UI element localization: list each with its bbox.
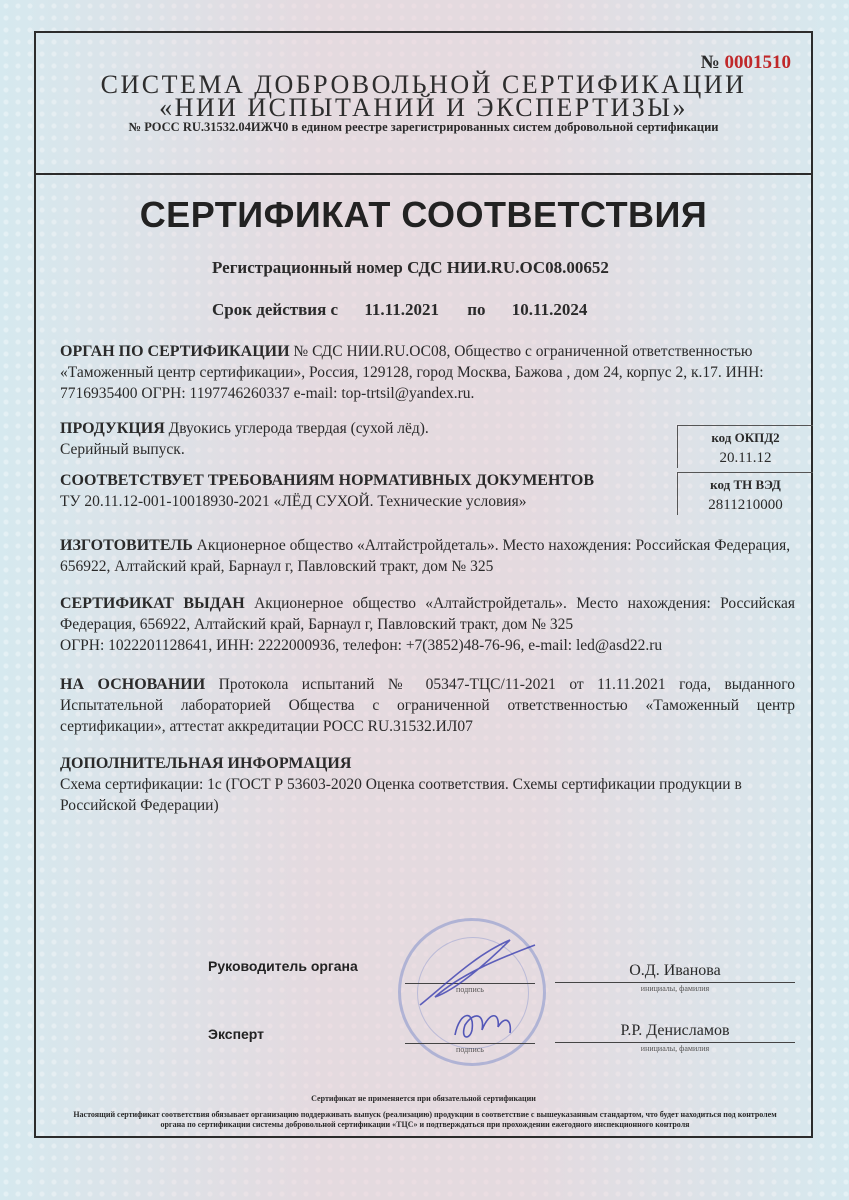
footer-note-2: Настоящий сертификат соответствия обязыв… bbox=[70, 1110, 780, 1130]
section-product: ПРОДУКЦИЯ Двуокись углерода твердая (сух… bbox=[60, 418, 660, 460]
section-manufacturer: ИЗГОТОВИТЕЛЬ Акционерное общество «Алтай… bbox=[60, 535, 795, 577]
section-text: Двуокись углерода твердая (сухой лёд). bbox=[169, 420, 429, 437]
footer-note-1: Сертификат не применяется при обязательн… bbox=[34, 1094, 813, 1103]
section-text-2: Серийный выпуск. bbox=[60, 441, 185, 458]
section-heading: НА ОСНОВАНИИ bbox=[60, 676, 205, 693]
section-text: ТУ 20.11.12-001-10018930-2021 «ЛЁД СУХОЙ… bbox=[60, 493, 526, 510]
tnved-value: 2811210000 bbox=[678, 495, 813, 515]
certificate-title: СЕРТИФИКАТ СООТВЕТСТВИЯ bbox=[34, 194, 813, 236]
section-certification-body: ОРГАН ПО СЕРТИФИКАЦИИ № СДС НИИ.RU.ОС08,… bbox=[60, 341, 795, 404]
head-name-caption: инициалы, фамилия bbox=[555, 984, 795, 993]
head-name-line bbox=[555, 982, 795, 983]
tnved-label: код ТН ВЭД bbox=[678, 475, 813, 495]
system-title-line2: «НИИ ИСПЫТАНИЙ И ЭКСПЕРТИЗЫ» bbox=[34, 93, 813, 123]
expert-name: Р.Р. Денисламов bbox=[555, 1022, 795, 1040]
section-heading: ПРОДУКЦИЯ bbox=[60, 420, 165, 437]
expert-name-caption: инициалы, фамилия bbox=[555, 1044, 795, 1053]
section-heading: ИЗГОТОВИТЕЛЬ bbox=[60, 537, 193, 554]
validity-period: Срок действия с 11.11.2021 по 10.11.2024 bbox=[212, 300, 587, 320]
section-additional-info: ДОПОЛНИТЕЛЬНАЯ ИНФОРМАЦИЯ Схема сертифик… bbox=[60, 753, 795, 816]
expert-signature bbox=[450, 1005, 520, 1045]
head-label: Руководитель органа bbox=[208, 958, 358, 974]
section-requirements: СООТВЕТСТВУЕТ ТРЕБОВАНИЯМ НОРМАТИВНЫХ ДО… bbox=[60, 470, 670, 512]
head-name: О.Д. Иванова bbox=[555, 962, 795, 980]
validity-to-label: по bbox=[467, 300, 485, 320]
section-heading: ДОПОЛНИТЕЛЬНАЯ ИНФОРМАЦИЯ bbox=[60, 755, 351, 772]
section-basis: НА ОСНОВАНИИ Протокола испытаний № 05347… bbox=[60, 674, 795, 737]
expert-signature-caption: подпись bbox=[405, 1045, 535, 1054]
registry-line: № РОСС RU.31532.04ИЖЧ0 в едином реестре … bbox=[34, 120, 813, 135]
valid-from: 11.11.2021 bbox=[364, 300, 439, 320]
section-text: Схема сертификации: 1с (ГОСТ Р 53603-202… bbox=[60, 776, 742, 814]
section-heading: СЕРТИФИКАТ ВЫДАН bbox=[60, 595, 245, 612]
expert-label: Эксперт bbox=[208, 1026, 264, 1042]
okpd2-label: код ОКПД2 bbox=[678, 428, 813, 448]
section-text-2: ОГРН: 1022201128641, ИНН: 2222000936, те… bbox=[60, 637, 662, 654]
section-heading: СООТВЕТСТВУЕТ ТРЕБОВАНИЯМ НОРМАТИВНЫХ ДО… bbox=[60, 472, 594, 489]
section-issued-to: СЕРТИФИКАТ ВЫДАН Акционерное общество «А… bbox=[60, 593, 795, 656]
okpd2-code-box: код ОКПД2 20.11.12 bbox=[677, 425, 813, 468]
header-divider bbox=[34, 173, 813, 175]
registration-number: Регистрационный номер СДС НИИ.RU.ОС08.00… bbox=[212, 258, 609, 278]
okpd2-value: 20.11.12 bbox=[678, 448, 813, 468]
expert-name-line bbox=[555, 1042, 795, 1043]
section-heading: ОРГАН ПО СЕРТИФИКАЦИИ bbox=[60, 343, 290, 360]
tnved-code-box: код ТН ВЭД 2811210000 bbox=[677, 472, 813, 515]
valid-to: 10.11.2024 bbox=[512, 300, 588, 320]
head-signature bbox=[415, 935, 545, 1015]
validity-label: Срок действия с bbox=[212, 300, 338, 320]
